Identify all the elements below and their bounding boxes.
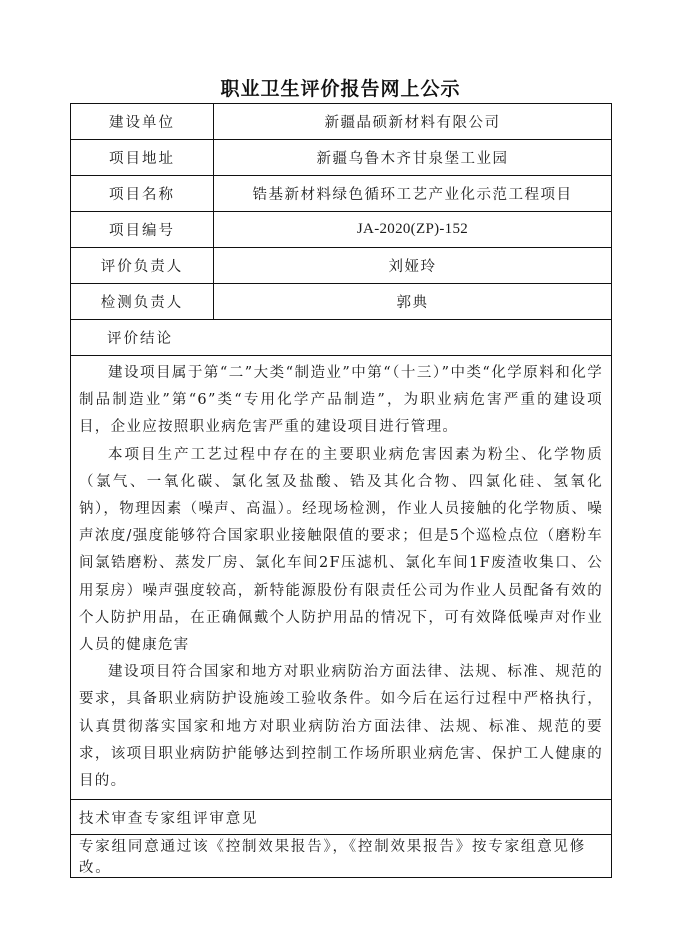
- row-label-project-address: 项目地址: [71, 140, 214, 176]
- row-value-project-address: 新疆乌鲁木齐甘泉堡工业园: [214, 140, 612, 176]
- row-value-evaluation-lead: 刘娅玲: [214, 248, 612, 284]
- row-label-construction-unit: 建设单位: [71, 104, 214, 140]
- table-row: 技术审查专家组评审意见: [71, 800, 612, 835]
- table-row: 建设项目属于第“二”大类“制造业”中第“（十三）”中类“化学原料和化学制品制造业…: [71, 356, 612, 800]
- conclusion-body: 建设项目属于第“二”大类“制造业”中第“（十三）”中类“化学原料和化学制品制造业…: [71, 356, 612, 800]
- expert-review-text: 专家组同意通过该《控制效果报告》，《控制效果报告》按专家组意见修改。: [71, 835, 612, 878]
- page-title: 职业卫生评价报告网上公示: [0, 74, 681, 101]
- row-label-evaluation-lead: 评价负责人: [71, 248, 214, 284]
- row-label-project-number: 项目编号: [71, 212, 214, 248]
- table-row: 评价结论: [71, 320, 612, 356]
- expert-review-heading: 技术审查专家组评审意见: [71, 800, 612, 835]
- table-row: 检测负责人 郭典: [71, 284, 612, 320]
- report-table: 建设单位 新疆晶硕新材料有限公司 项目地址 新疆乌鲁木齐甘泉堡工业园 项目名称 …: [70, 103, 612, 878]
- table-row: 项目名称 锆基新材料绿色循环工艺产业化示范工程项目: [71, 176, 612, 212]
- row-value-project-number: JA-2020(ZP)-152: [214, 212, 612, 248]
- row-value-project-name: 锆基新材料绿色循环工艺产业化示范工程项目: [214, 176, 612, 212]
- conclusion-heading: 评价结论: [71, 320, 612, 356]
- row-value-testing-lead: 郭典: [214, 284, 612, 320]
- table-row: 建设单位 新疆晶硕新材料有限公司: [71, 104, 612, 140]
- conclusion-paragraph: 建设项目属于第“二”大类“制造业”中第“（十三）”中类“化学原料和化学制品制造业…: [79, 360, 603, 442]
- row-value-construction-unit: 新疆晶硕新材料有限公司: [214, 104, 612, 140]
- conclusion-paragraph: 本项目生产工艺过程中存在的主要职业病危害因素为粉尘、化学物质（氯气、一氧化碳、氯…: [79, 442, 603, 660]
- table-row: 专家组同意通过该《控制效果报告》，《控制效果报告》按专家组意见修改。: [71, 835, 612, 878]
- table-row: 项目地址 新疆乌鲁木齐甘泉堡工业园: [71, 140, 612, 176]
- row-label-project-name: 项目名称: [71, 176, 214, 212]
- conclusion-paragraph: 建设项目符合国家和地方对职业病防治方面法律、法规、标准、规范的要求，具备职业病防…: [79, 659, 603, 795]
- row-label-testing-lead: 检测负责人: [71, 284, 214, 320]
- table-row: 项目编号 JA-2020(ZP)-152: [71, 212, 612, 248]
- table-row: 评价负责人 刘娅玲: [71, 248, 612, 284]
